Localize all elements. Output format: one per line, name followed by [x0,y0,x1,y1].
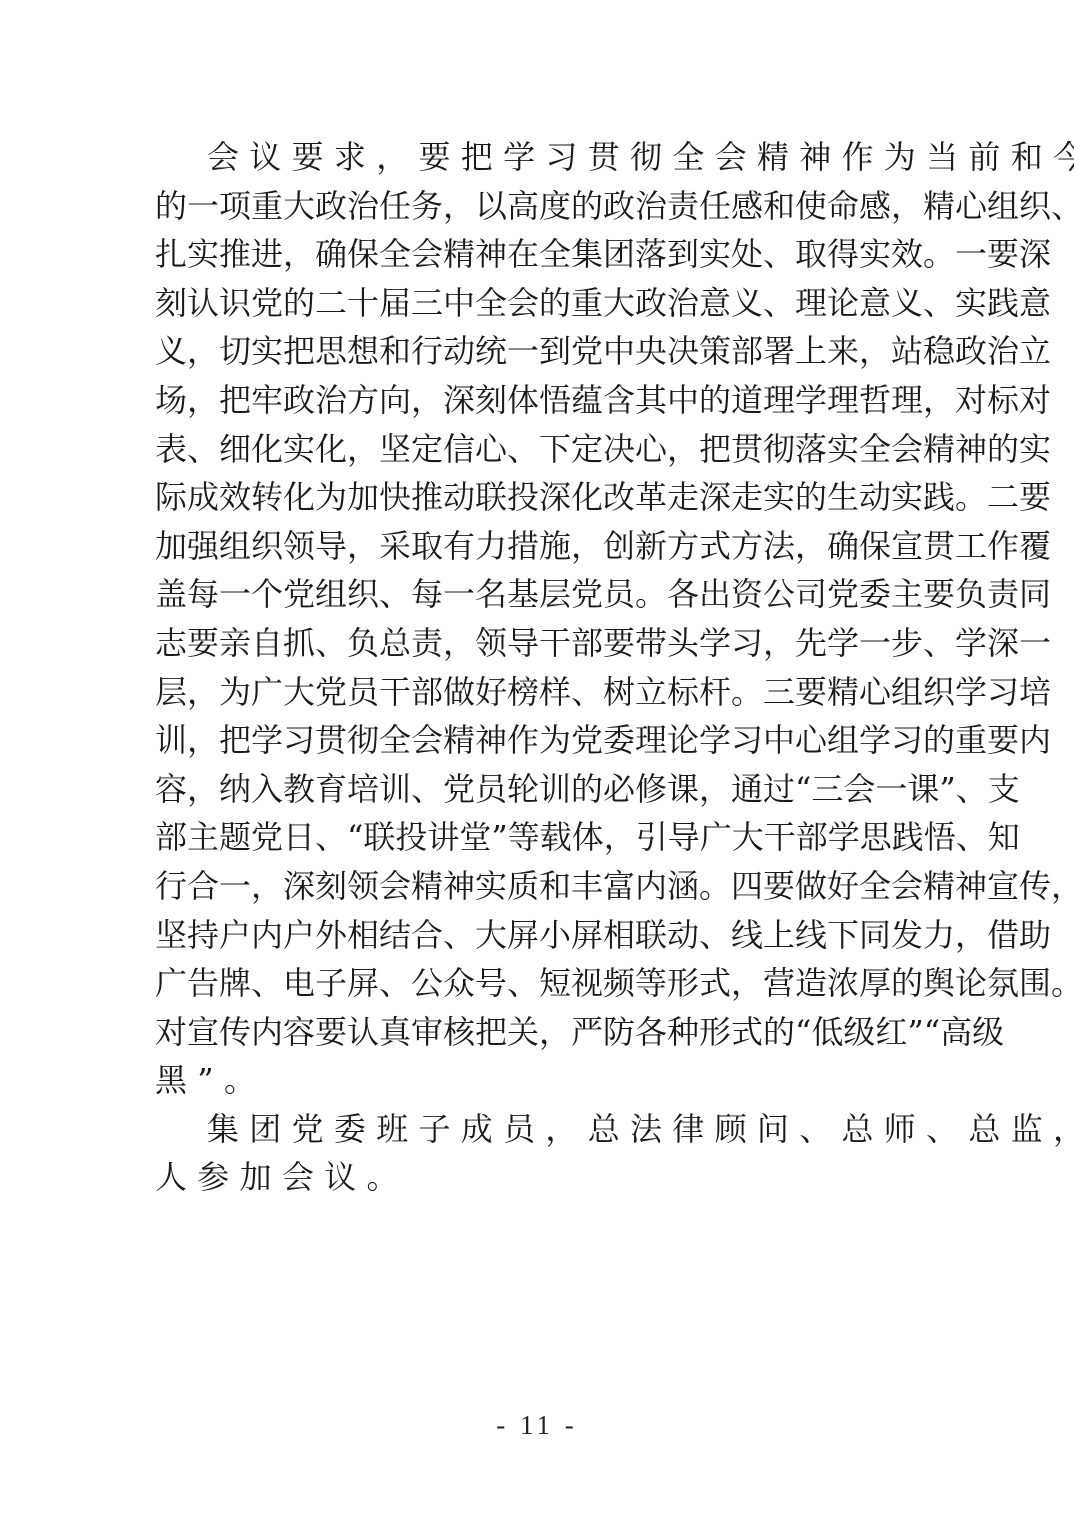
text-line: 层，为广大党员干部做好榜样、树立标杆。三要精心组织学习培 [155,668,925,717]
text-line: 行合一，深刻领会精神实质和丰富内涵。四要做好全会精神宣传， [155,862,925,911]
text-line: 广告牌、电子屏、公众号、短视频等形式，营造浓厚的舆论氛围。 [155,959,925,1008]
text-line: 表、细化实化，坚定信心、下定决心，把贯彻落实全会精神的实 [155,425,925,474]
text-line: 人参加会议。 [155,1153,925,1202]
text-line: 场，把牢政治方向，深刻体悟蕴含其中的道理学理哲理，对标对 [155,376,925,425]
text-line: 义，切实把思想和行动统一到党中央决策部署上来，站稳政治立 [155,327,925,376]
text-line: 坚持户内户外相结合、大屏小屏相联动、线上线下同发力，借助 [155,911,925,960]
text-line: 黑”。 [155,1056,925,1105]
text-line: 志要亲自抓、负总责，领导干部要带头学习，先学一步、学深一 [155,619,925,668]
text-line: 的一项重大政治任务，以高度的政治责任感和使命感，精心组织、 [155,182,925,231]
text-line: 容，纳入教育培训、党员轮训的必修课，通过“三会一课”、支 [155,765,925,814]
text-line: 训，把学习贯彻全会精神作为党委理论学习中心组学习的重要内 [155,716,925,765]
text-line: 扎实推进，确保全会精神在全集团落到实处、取得实效。一要深 [155,230,925,279]
text-line: 加强组织领导，采取有力措施，创新方式方法，确保宣贯工作覆 [155,522,925,571]
text-line: 际成效转化为加快推动联投深化改革走深走实的生动实践。二要 [155,473,925,522]
text-line: 会议要求，要把学习贯彻全会精神作为当前和今后一个时期 [155,133,925,182]
text-line: 刻认识党的二十届三中全会的重大政治意义、理论意义、实践意 [155,279,925,328]
text-line: 盖每一个党组织、每一名基层党员。各出资公司党委主要负责同 [155,570,925,619]
text-line: 集团党委班子成员，总法律顾问、总师、总监，各部室负责 [155,1105,925,1154]
page-number: - 11 - [0,1410,1074,1441]
document-page: 会议要求，要把学习贯彻全会精神作为当前和今后一个时期 的一项重大政治任务，以高度… [0,0,1074,1520]
document-body: 会议要求，要把学习贯彻全会精神作为当前和今后一个时期 的一项重大政治任务，以高度… [155,133,925,1202]
text-line: 对宣传内容要认真审核把关，严防各种形式的“低级红”“高级 [155,1008,925,1057]
text-line: 部主题党日、“联投讲堂”等载体，引导广大干部学思践悟、知 [155,813,925,862]
